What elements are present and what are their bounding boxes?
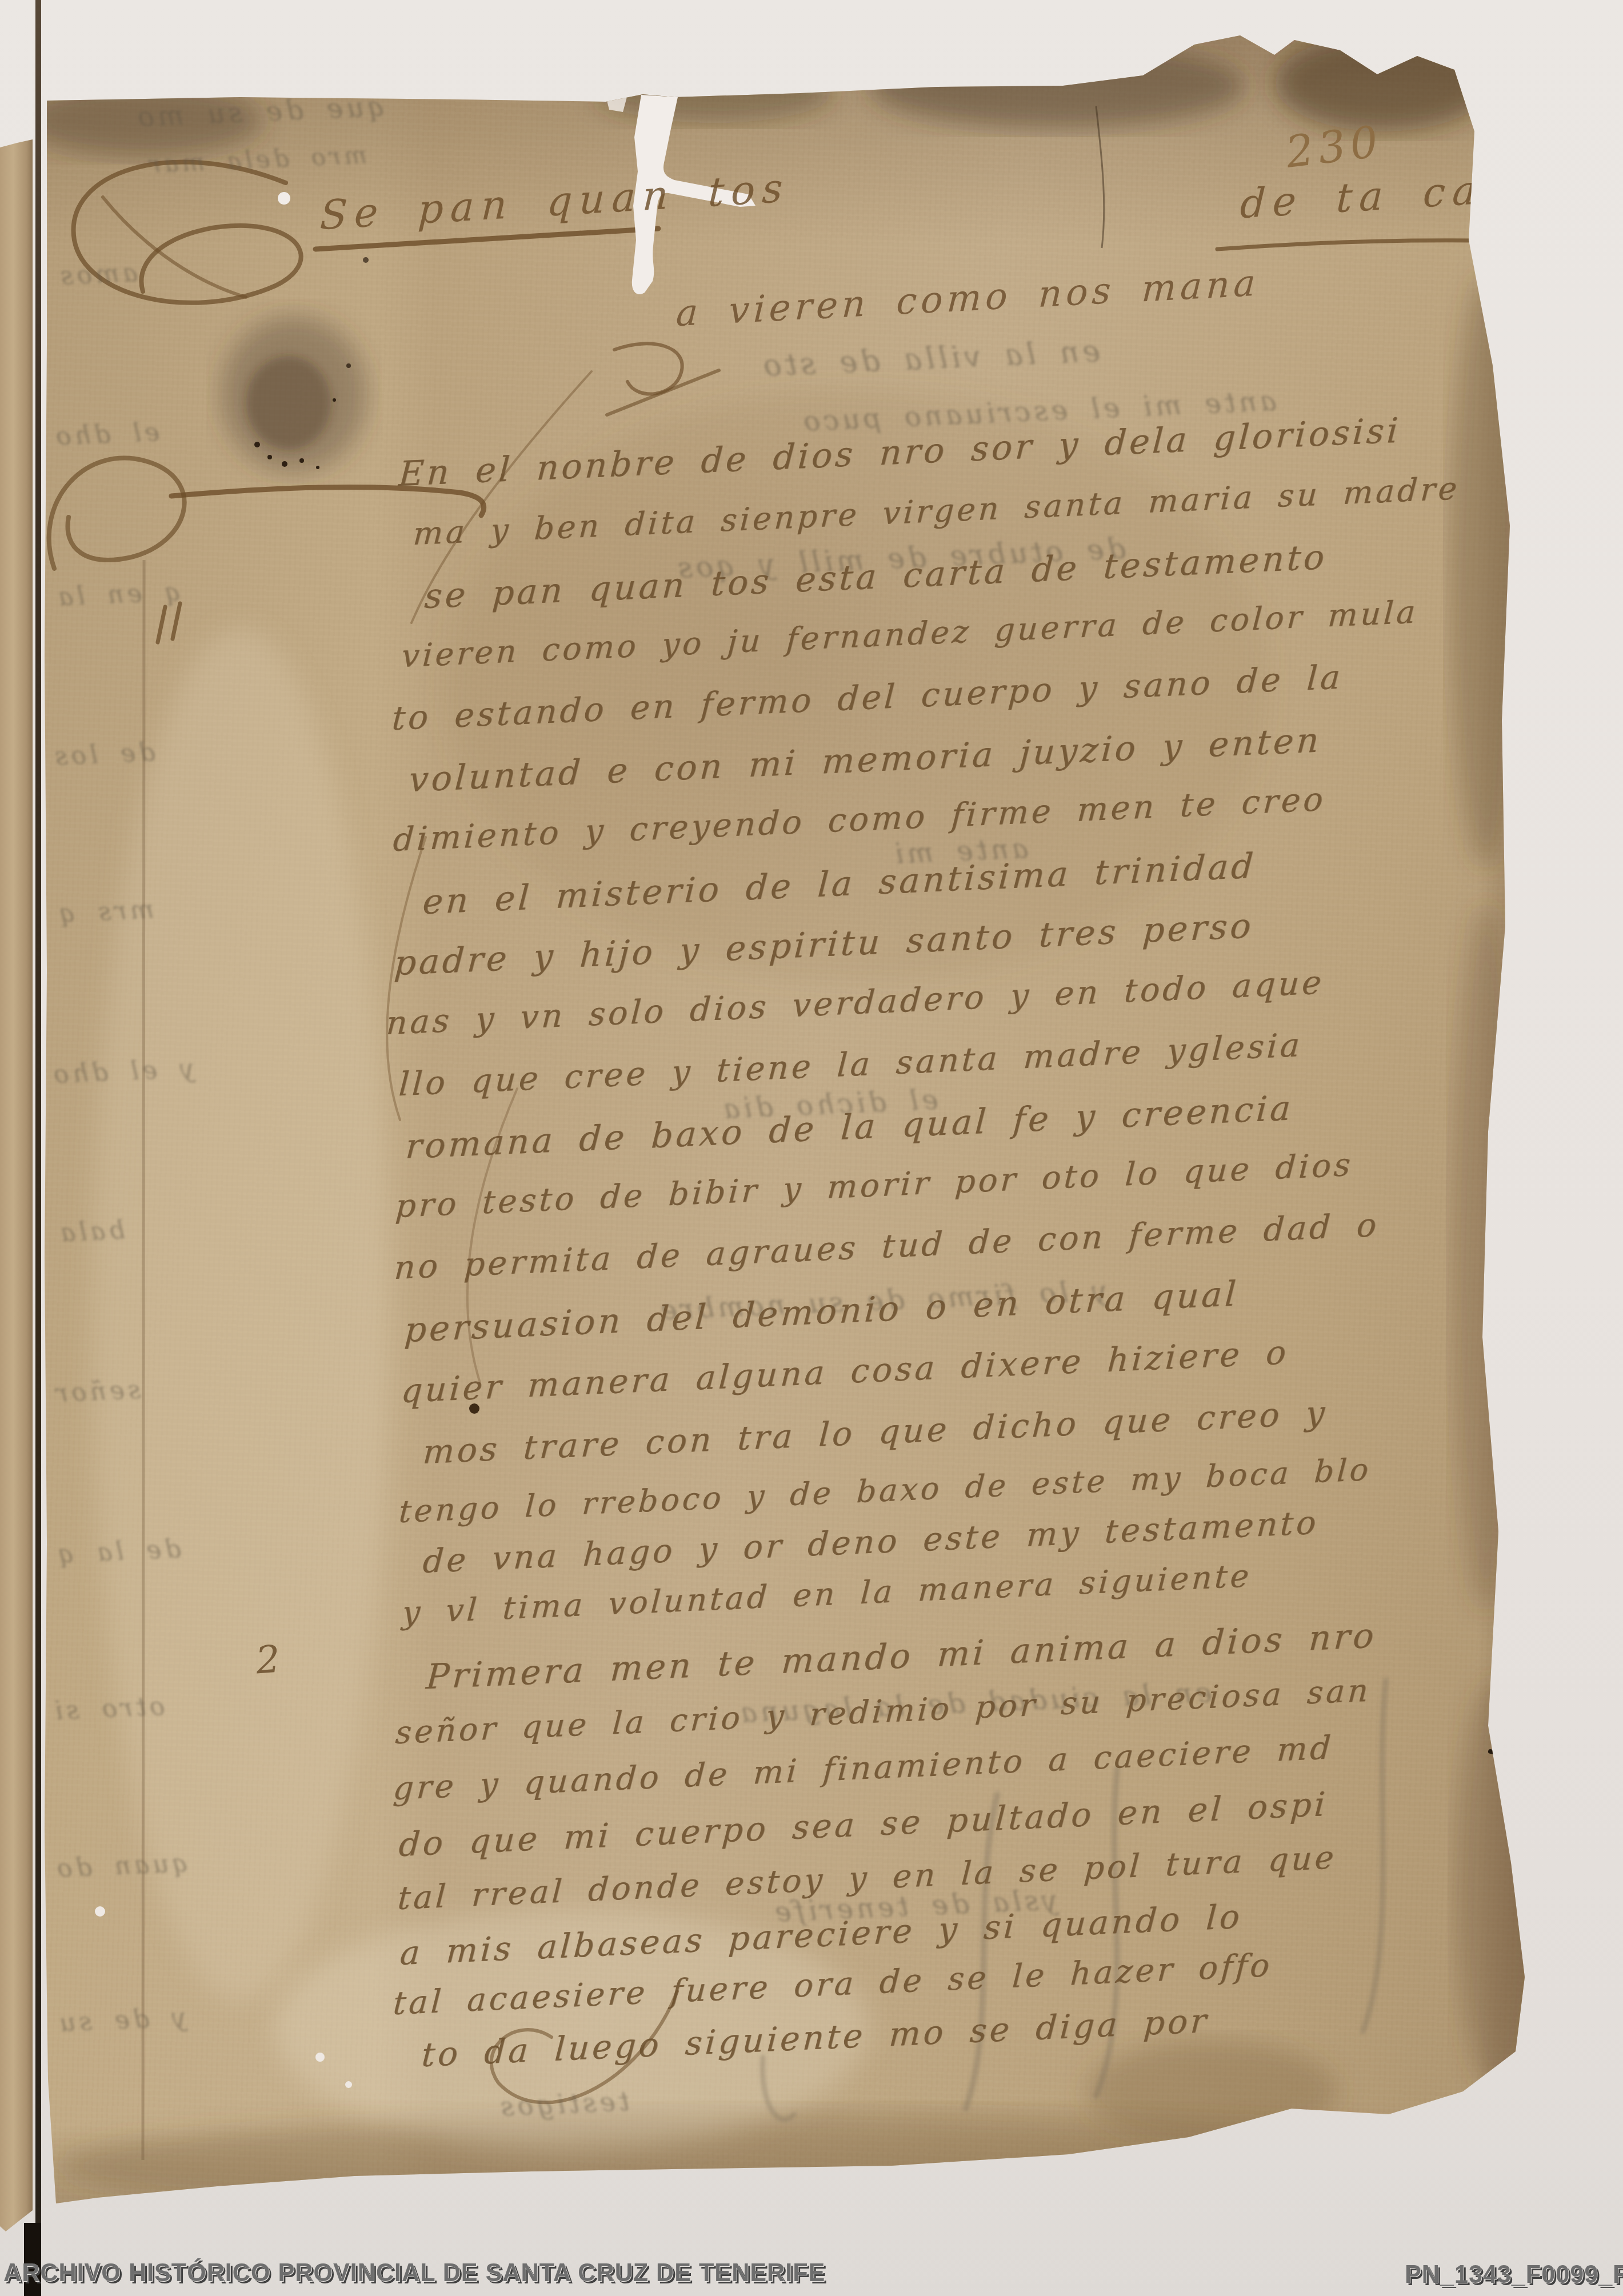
clause-number: 2 <box>254 1637 281 1683</box>
heading-line: a vieren como nos mana <box>675 262 1261 335</box>
struck-heading-left: Se pan quan tos <box>319 164 790 239</box>
caption-archive-name: ARCHIVO HISTÓRICO PROVINCIAL DE SANTA CR… <box>3 2259 825 2285</box>
book-gutter-line <box>35 0 41 2296</box>
document-scan: que de su momro dela maren la villa de s… <box>0 0 1623 2296</box>
folio-number: 230 <box>1283 115 1385 178</box>
caption-reference-code: PN_1343_F0099_R <box>1405 2261 1623 2287</box>
manuscript-line: llo que cree y tiene la santa madre ygle… <box>398 1026 1304 1103</box>
manuscript-page: que de su momro dela maren la villa de s… <box>0 0 1532 2211</box>
handwriting-layer: 230 Se pan quan tos de ta car a vieren c… <box>0 0 1532 2211</box>
struck-heading-right: de ta car <box>1239 165 1510 227</box>
facing-page-edge <box>0 0 33 2296</box>
manuscript-line: persuasion del demonio o en otra qual <box>403 1274 1240 1350</box>
